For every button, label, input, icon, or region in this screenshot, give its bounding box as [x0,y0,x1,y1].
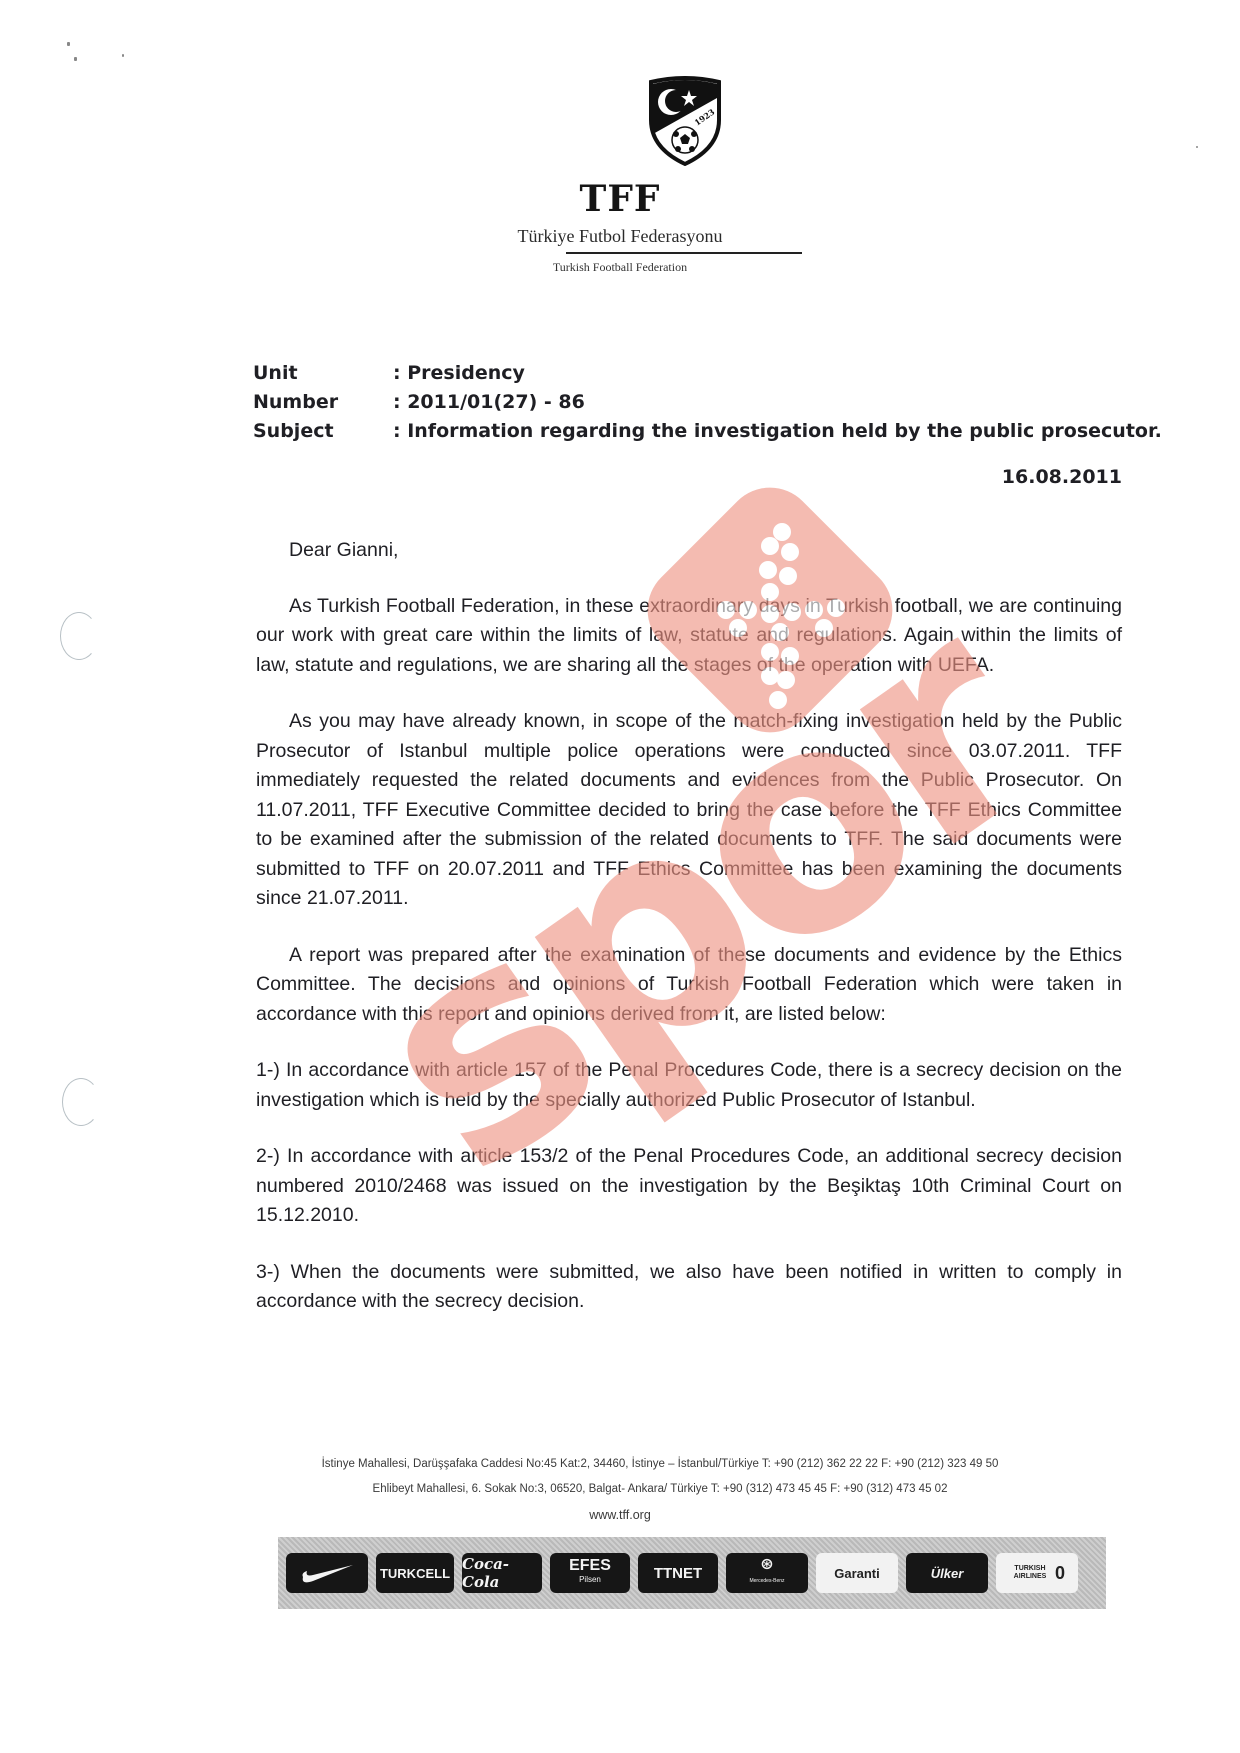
letter-date: 16.08.2011 [1002,466,1122,488]
paragraph: As Turkish Football Federation, in these… [256,592,1122,681]
meta-value: : Presidency [393,362,525,384]
salutation: Dear Gianni, [289,536,1122,566]
nike-swoosh-icon [299,1561,355,1585]
decision-item: 2-) In accordance with article 153/2 of … [256,1142,1122,1231]
hole-punch-top [60,612,98,660]
letter-body: Dear Gianni, As Turkish Football Federat… [256,536,1122,1344]
sponsor-thy-text: TURKISH AIRLINES [1009,1565,1051,1581]
paragraph: A report was prepared after the examinat… [256,941,1122,1030]
address-ankara: Ehlibeyt Mahallesi, 6. Sokak No:3, 06520… [0,1483,1240,1495]
sponsor-coca-cola: Coca-Cola [462,1553,542,1593]
website-link[interactable]: www.tff.org [0,1508,1240,1522]
meta-label: Number [253,391,393,413]
sponsor-bar: TURKCELL Coca-Cola EFES Pilsen TTNET ⊛ M… [278,1537,1106,1609]
meta-value: : Information regarding the investigatio… [393,420,1162,442]
meta-unit: Unit : Presidency [253,358,1162,387]
letter-page: 1923 TFF Türkiye Futbol Federasyonu Turk… [0,0,1240,1753]
sponsor-efes-text: EFES [569,1559,611,1573]
federation-name-english: Turkish Football Federation [0,260,1240,275]
thy-mark-icon: 0 [1055,1569,1065,1577]
meta-label: Subject [253,420,393,442]
tff-wordmark: TFF [0,178,1240,220]
hole-punch-bottom [62,1078,100,1126]
decision-item: 3-) When the documents were submitted, w… [256,1258,1122,1317]
tff-crest-icon: 1923 [645,76,725,166]
sponsor-mercedes: ⊛ Mercedes-Benz [726,1553,808,1593]
scan-speck [74,57,77,61]
scan-speck [122,54,124,57]
paragraph: As you may have already known, in scope … [256,707,1122,914]
sponsor-efes: EFES Pilsen [550,1553,630,1593]
sponsor-ulker: Ülker [906,1553,988,1593]
letter-meta: Unit : Presidency Number : 2011/01(27) -… [253,358,1162,445]
sponsor-turkish-airlines: TURKISH AIRLINES 0 [996,1553,1078,1593]
sponsor-nike [286,1553,368,1593]
sponsor-efes-sub: Pilsen [579,1573,601,1587]
mercedes-star-icon: ⊛ [760,1557,773,1573]
scan-speck [1196,146,1198,148]
sponsor-ttnet: TTNET [638,1553,718,1593]
decision-item: 1-) In accordance with article 157 of th… [256,1056,1122,1115]
letterhead-divider [566,252,802,254]
meta-label: Unit [253,362,393,384]
address-istanbul: İstinye Mahallesi, Darüşşafaka Caddesi N… [0,1458,1240,1470]
meta-value: : 2011/01(27) - 86 [393,391,585,413]
federation-name-turkish: Türkiye Futbol Federasyonu [0,226,1240,247]
meta-number: Number : 2011/01(27) - 86 [253,387,1162,416]
sponsor-turkcell: TURKCELL [376,1553,454,1593]
sponsor-mercedes-sub: Mercedes-Benz [749,1573,784,1589]
scan-speck [67,42,70,46]
sponsor-garanti: Garanti [816,1553,898,1593]
meta-subject: Subject : Information regarding the inve… [253,416,1162,445]
